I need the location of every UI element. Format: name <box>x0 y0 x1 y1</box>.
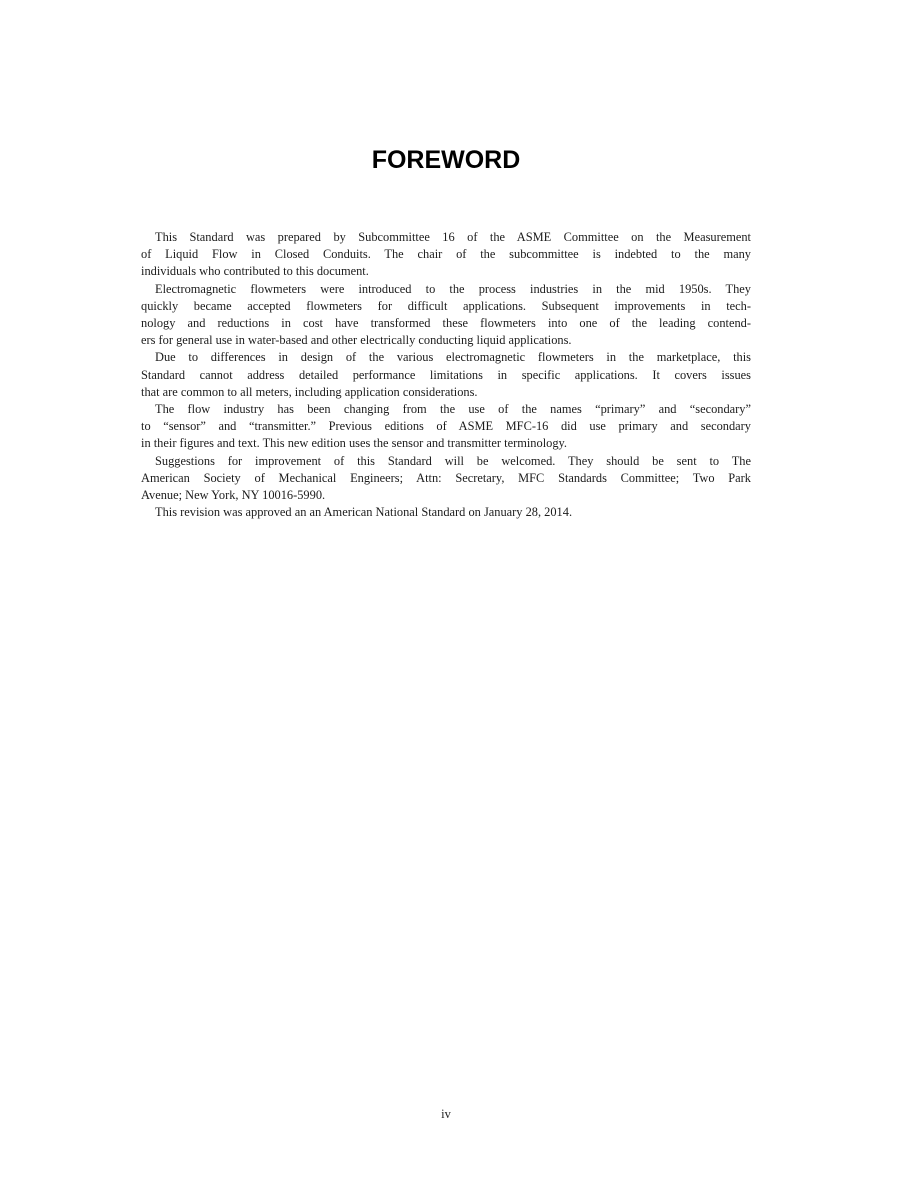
page-title: FOREWORD <box>141 146 751 175</box>
text-line: American Society of Mechanical Engineers… <box>141 470 751 487</box>
text-line: in their figures and text. This new edit… <box>141 435 751 452</box>
text-line: Standard cannot address detailed perform… <box>141 367 751 384</box>
text-column: FOREWORD This Standard was prepared by S… <box>141 0 751 1188</box>
text-line: ers for general use in water-based and o… <box>141 332 751 349</box>
text-line: The flow industry has been changing from… <box>141 401 751 418</box>
text-line: Electromagnetic flowmeters were introduc… <box>141 281 751 298</box>
page-footer: iv <box>141 1107 751 1122</box>
text-line: This Standard was prepared by Subcommitt… <box>141 229 751 246</box>
text-line: Due to differences in design of the vari… <box>141 349 751 366</box>
document-page: FOREWORD This Standard was prepared by S… <box>0 0 918 1188</box>
text-line: to “sensor” and “transmitter.” Previous … <box>141 418 751 435</box>
text-line: Suggestions for improvement of this Stan… <box>141 453 751 470</box>
paragraph: Suggestions for improvement of this Stan… <box>141 453 751 505</box>
text-line: quickly became accepted flowmeters for d… <box>141 298 751 315</box>
text-line: This revision was approved an an America… <box>141 504 751 521</box>
paragraph: Electromagnetic flowmeters were introduc… <box>141 281 751 350</box>
foreword-body: This Standard was prepared by Subcommitt… <box>141 229 751 521</box>
paragraph: The flow industry has been changing from… <box>141 401 751 453</box>
text-line: Avenue; New York, NY 10016-5990. <box>141 487 751 504</box>
text-line: individuals who contributed to this docu… <box>141 263 751 280</box>
text-line: of Liquid Flow in Closed Conduits. The c… <box>141 246 751 263</box>
paragraph: Due to differences in design of the vari… <box>141 349 751 401</box>
text-line: nology and reductions in cost have trans… <box>141 315 751 332</box>
paragraph: This Standard was prepared by Subcommitt… <box>141 229 751 281</box>
page-number: iv <box>441 1107 451 1121</box>
paragraph: This revision was approved an an America… <box>141 504 751 521</box>
text-line: that are common to all meters, including… <box>141 384 751 401</box>
